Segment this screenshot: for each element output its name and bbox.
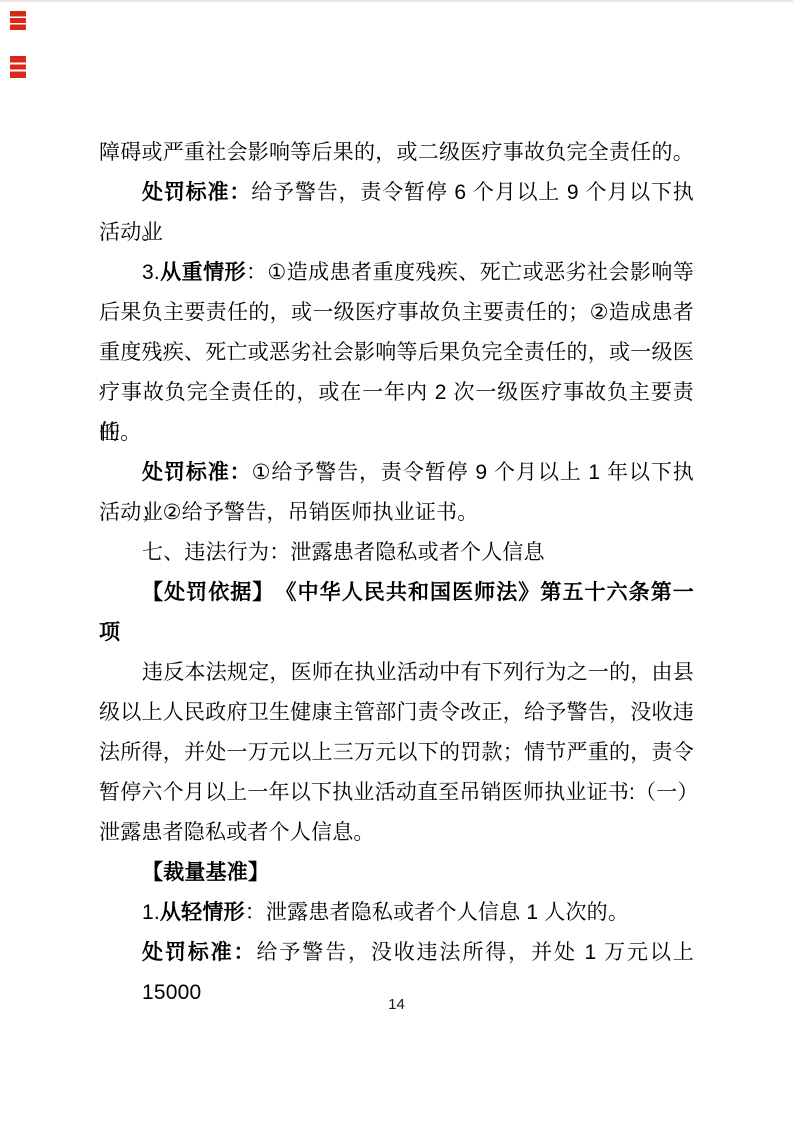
- text-run: 3.: [142, 261, 160, 284]
- text-line: 处罚标准：给予警告，责令暂停 6 个月以上 9 个月以下执业: [99, 173, 694, 213]
- text-run: ：①造成患者重度残疾、死亡或恶劣社会影响等: [246, 261, 694, 284]
- bold-text-run: 【裁量基准】: [142, 861, 269, 884]
- text-run: ：泄露患者隐私或者个人信息 1 人次的。: [245, 901, 629, 924]
- bold-text-run: 处罚标准：: [142, 181, 251, 204]
- text-line: 3.从重情形：①造成患者重度残疾、死亡或恶劣社会影响等: [99, 253, 694, 293]
- text-line: 【处罚依据】 《中华人民共和国医师法》第五十六条第一: [99, 573, 694, 613]
- text-run: 违反本法规定，医师在执业活动中有下列行为之一的，由县: [142, 661, 694, 684]
- text-line: 1.从轻情形：泄露患者隐私或者个人信息 1 人次的。: [99, 893, 694, 933]
- text-line: 处罚标准：①给予警告，责令暂停 9 个月以上 1 年以下执业: [99, 453, 694, 493]
- text-run: 的。: [99, 421, 141, 444]
- text-line: 项: [99, 613, 694, 653]
- text-line: 活动。: [99, 213, 694, 253]
- bold-text-run: 从重情形: [160, 261, 246, 284]
- text-line: 【裁量基准】: [99, 853, 694, 893]
- bold-text-run: 《中华人民共和国医师法》第五十六条第一: [286, 581, 694, 604]
- text-line: 泄露患者隐私或者个人信息。: [99, 813, 694, 853]
- text-line: 活动；②给予警告，吊销医师执业证书。: [99, 493, 694, 533]
- text-run: 1.: [142, 901, 160, 924]
- bold-text-run: 处罚标准：: [142, 461, 252, 484]
- text-line: 暂停六个月以上一年以下执业活动直至吊销医师执业证书:（一）: [99, 773, 694, 813]
- bold-text-run: 项: [99, 621, 120, 644]
- text-line: 处罚标准：给予警告，没收违法所得，并处 1 万元以上 15000: [99, 933, 694, 973]
- text-line: 重度残疾、死亡或恶劣社会影响等后果负完全责任的，或一级医: [99, 333, 694, 373]
- text-line: 的。: [99, 413, 694, 453]
- text-run: [264, 581, 286, 604]
- document-page: 障碍或严重社会影响等后果的，或二级医疗事故负完全责任的。处罚标准：给予警告，责令…: [0, 0, 793, 1122]
- page-footer: 14: [0, 995, 793, 1015]
- text-line: 七、违法行为：泄露患者隐私或者个人信息: [99, 533, 694, 573]
- text-run: 级以上人民政府卫生健康主管部门责令改正，给予警告，没收违: [99, 701, 694, 724]
- document-body: 障碍或严重社会影响等后果的，或二级医疗事故负完全责任的。处罚标准：给予警告，责令…: [99, 133, 694, 973]
- text-run: 法所得，并处一万元以上三万元以下的罚款；情节严重的，责令: [99, 741, 694, 764]
- text-line: 级以上人民政府卫生健康主管部门责令改正，给予警告，没收违: [99, 693, 694, 733]
- text-run: 暂停六个月以上一年以下执业活动直至吊销医师执业证书:（一）: [99, 781, 699, 804]
- text-run: 障碍或严重社会影响等后果的，或二级医疗事故负完全责任的。: [99, 141, 694, 164]
- text-line: 后果负主要责任的，或一级医疗事故负主要责任的；②造成患者: [99, 293, 694, 333]
- page-number: 14: [388, 996, 405, 1013]
- text-line: 疗事故负完全责任的，或在一年内 2 次一级医疗事故负主要责任: [99, 373, 694, 413]
- page-top-edge-line: [0, 0, 793, 2]
- text-run: 重度残疾、死亡或恶劣社会影响等后果负完全责任的，或一级医: [99, 341, 694, 364]
- bold-text-run: 从轻情形: [160, 901, 245, 924]
- text-run: 后果负主要责任的，或一级医疗事故负主要责任的；②造成患者: [99, 301, 694, 324]
- text-line: 法所得，并处一万元以上三万元以下的罚款；情节严重的，责令: [99, 733, 694, 773]
- red-stamp-mark-icon: [10, 56, 26, 78]
- text-line: 违反本法规定，医师在执业活动中有下列行为之一的，由县: [99, 653, 694, 693]
- red-stamp-mark-icon: [10, 11, 26, 30]
- bold-text-run: 【处罚依据】: [142, 581, 264, 604]
- text-run: 泄露患者隐私或者个人信息。: [99, 821, 375, 844]
- text-run: 活动。: [99, 221, 163, 244]
- text-run: 七、违法行为：泄露患者隐私或者个人信息: [142, 541, 545, 564]
- text-line: 障碍或严重社会影响等后果的，或二级医疗事故负完全责任的。: [99, 133, 694, 173]
- bold-text-run: 处罚标准：: [142, 941, 256, 964]
- text-run: 活动；②给予警告，吊销医师执业证书。: [99, 501, 478, 524]
